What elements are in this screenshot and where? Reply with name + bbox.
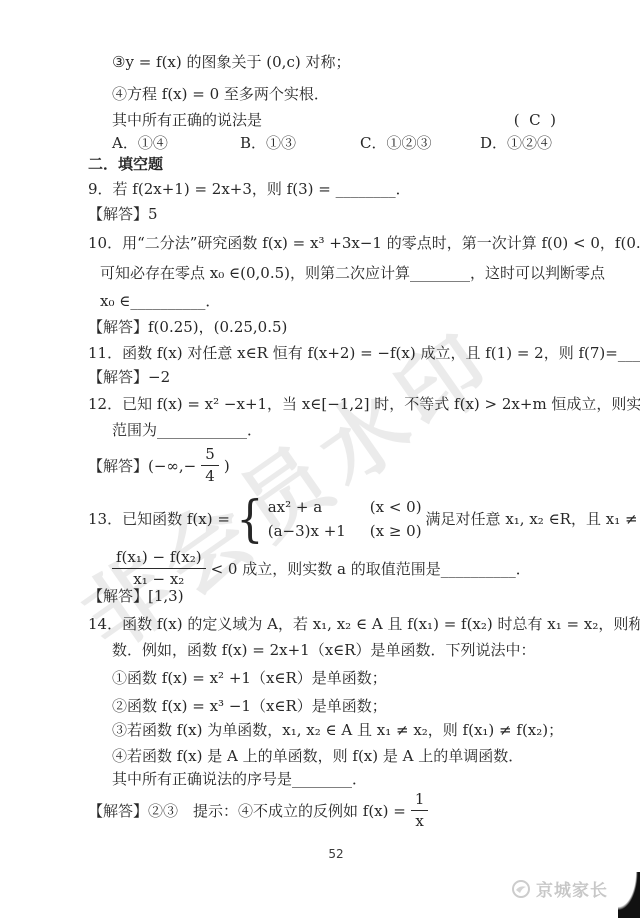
q8-stem-text: 其中所有正确的说法是 [112, 112, 262, 128]
q13-case-1: ax² + a (x < 0) [268, 499, 422, 515]
q14-counterexample-fraction: 1 x [411, 791, 429, 830]
q13-case1-expression: ax² + a [268, 499, 370, 515]
q12-answer-prefix: 【解答】(−∞,− [88, 458, 196, 474]
q14-answer-prefix: 【解答】②③ 提示：④不成立的反例如 f(x) = [88, 803, 406, 819]
q8-choices-row: A．①④ B．①③ C．①②③ D．①②④ [88, 135, 566, 151]
scanned-worksheet-page: { "watermark": { "text": "非会员水印" }, "q8"… [0, 0, 640, 918]
q14-line2: 数．例如，函数 f(x) = 2x+1（x∈R）是单函数．下列说法中： [88, 642, 566, 658]
q9-answer: 【解答】5 [88, 206, 566, 222]
q12-frac-denominator: 4 [205, 466, 215, 485]
q12-line2: 范围为____________． [88, 422, 566, 438]
q8-statement-4: ④方程 f(x) = 0 至多两个实根． [88, 86, 566, 102]
page-curl-mark [618, 872, 640, 918]
q14-answer: 【解答】②③ 提示：④不成立的反例如 f(x) = 1 x [88, 791, 566, 830]
q13-tail-text: 满足对任意 x₁, x₂ ∈R，且 x₁ ≠ x₂，都有 [426, 511, 640, 527]
q13-case-2: (a−3)x +1 (x ≥ 0) [268, 523, 422, 539]
q12-answer-suffix: ) [224, 458, 230, 474]
q12-answer: 【解答】(−∞,− 5 4 ) [88, 446, 566, 485]
q8-choice-a: A．①④ [112, 135, 240, 151]
q14-statement-4: ④若函数 f(x) 是 A 上的单函数，则 f(x) 是 A 上的单调函数． [88, 748, 566, 764]
brand-logo-icon [511, 879, 531, 899]
page-number: 52 [0, 847, 640, 861]
q10-line2: 可知必存在零点 x₀ ∈(0,0.5)，则第二次应计算________，这时可以… [88, 265, 566, 281]
q13-after-fraction-text: < 0 成立，则实数 a 的取值范围是__________． [211, 561, 531, 577]
q14-statement-2: ②函数 f(x) = x³ −1（x∈R）是单函数； [88, 698, 566, 714]
q13-piecewise-definition: { ax² + a (x < 0) (a−3)x +1 (x ≥ 0) [234, 495, 422, 543]
left-brace-glyph: { [236, 495, 263, 543]
q13-stem-line: 13．已知函数 f(x) = { ax² + a (x < 0) (a−3)x … [88, 495, 566, 543]
q12-line1: 12．已知 f(x) = x² −x+1，当 x∈[−1,2] 时，不等式 f(… [88, 396, 566, 412]
brand-name-text: 京城家长 [536, 876, 608, 901]
q10-answer: 【解答】f(0.25)，(0.25,0.5) [88, 319, 566, 335]
q13-case2-condition: (x ≥ 0) [370, 523, 422, 539]
q8-choice-d: D．①②④ [480, 135, 552, 151]
q12-answer-fraction: 5 4 [201, 446, 219, 485]
q13-frac-denominator: x₁ − x₂ [133, 569, 184, 588]
q11-answer: 【解答】−2 [88, 369, 566, 385]
q8-choice-b: B．①③ [240, 135, 360, 151]
brand-watermark: 京城家长 [511, 876, 608, 901]
q12-frac-numerator: 5 [201, 446, 219, 466]
q13-difference-quotient: f(x₁) − f(x₂) x₁ − x₂ [112, 549, 206, 588]
q8-answer-letter: ( C ) [514, 112, 556, 128]
q13-case1-condition: (x < 0) [370, 499, 422, 515]
q8-stem-line: 其中所有正确的说法是 ( C ) [88, 112, 566, 128]
q14-frac-denominator: x [415, 811, 423, 830]
q10-line3: x₀ ∈__________． [88, 293, 566, 309]
q11-text: 11．函数 f(x) 对任意 x∈R 恒有 f(x+2) = −f(x) 成立，… [88, 345, 566, 361]
q13-answer: 【解答】[1,3) [88, 588, 566, 604]
q14-statement-1: ①函数 f(x) = x² +1（x∈R）是单函数； [88, 670, 566, 686]
section-heading-fill-in-blanks: 二．填空题 [88, 156, 566, 172]
worksheet-content: ③y = f(x) 的图象关于 (0,c) 对称； ④方程 f(x) = 0 至… [88, 54, 566, 839]
q13-frac-numerator: f(x₁) − f(x₂) [112, 549, 206, 569]
q8-statement-3: ③y = f(x) 的图象关于 (0,c) 对称； [88, 54, 566, 70]
q14-line1: 14．函数 f(x) 的定义域为 A，若 x₁, x₂ ∈ A 且 f(x₁) … [88, 616, 566, 632]
q14-tail: 其中所有正确说法的序号是________． [88, 771, 566, 787]
q14-frac-numerator: 1 [411, 791, 429, 811]
q13-lead-text: 13．已知函数 f(x) = [88, 511, 230, 527]
q10-line1: 10．用“二分法”研究函数 f(x) = x³ +3x−1 的零点时，第一次计算… [88, 235, 566, 251]
q13-case2-expression: (a−3)x +1 [268, 523, 370, 539]
q14-statement-3: ③若函数 f(x) 为单函数，x₁, x₂ ∈ A 且 x₁ ≠ x₂，则 f(… [88, 722, 566, 738]
q13-inequality-line: f(x₁) − f(x₂) x₁ − x₂ < 0 成立，则实数 a 的取值范围… [88, 549, 566, 588]
q9-text: 9．若 f(2x+1) = 2x+3，则 f(3) = ________． [88, 181, 566, 197]
q13-cases: ax² + a (x < 0) (a−3)x +1 (x ≥ 0) [268, 495, 422, 543]
q8-choice-c: C．①②③ [360, 135, 480, 151]
